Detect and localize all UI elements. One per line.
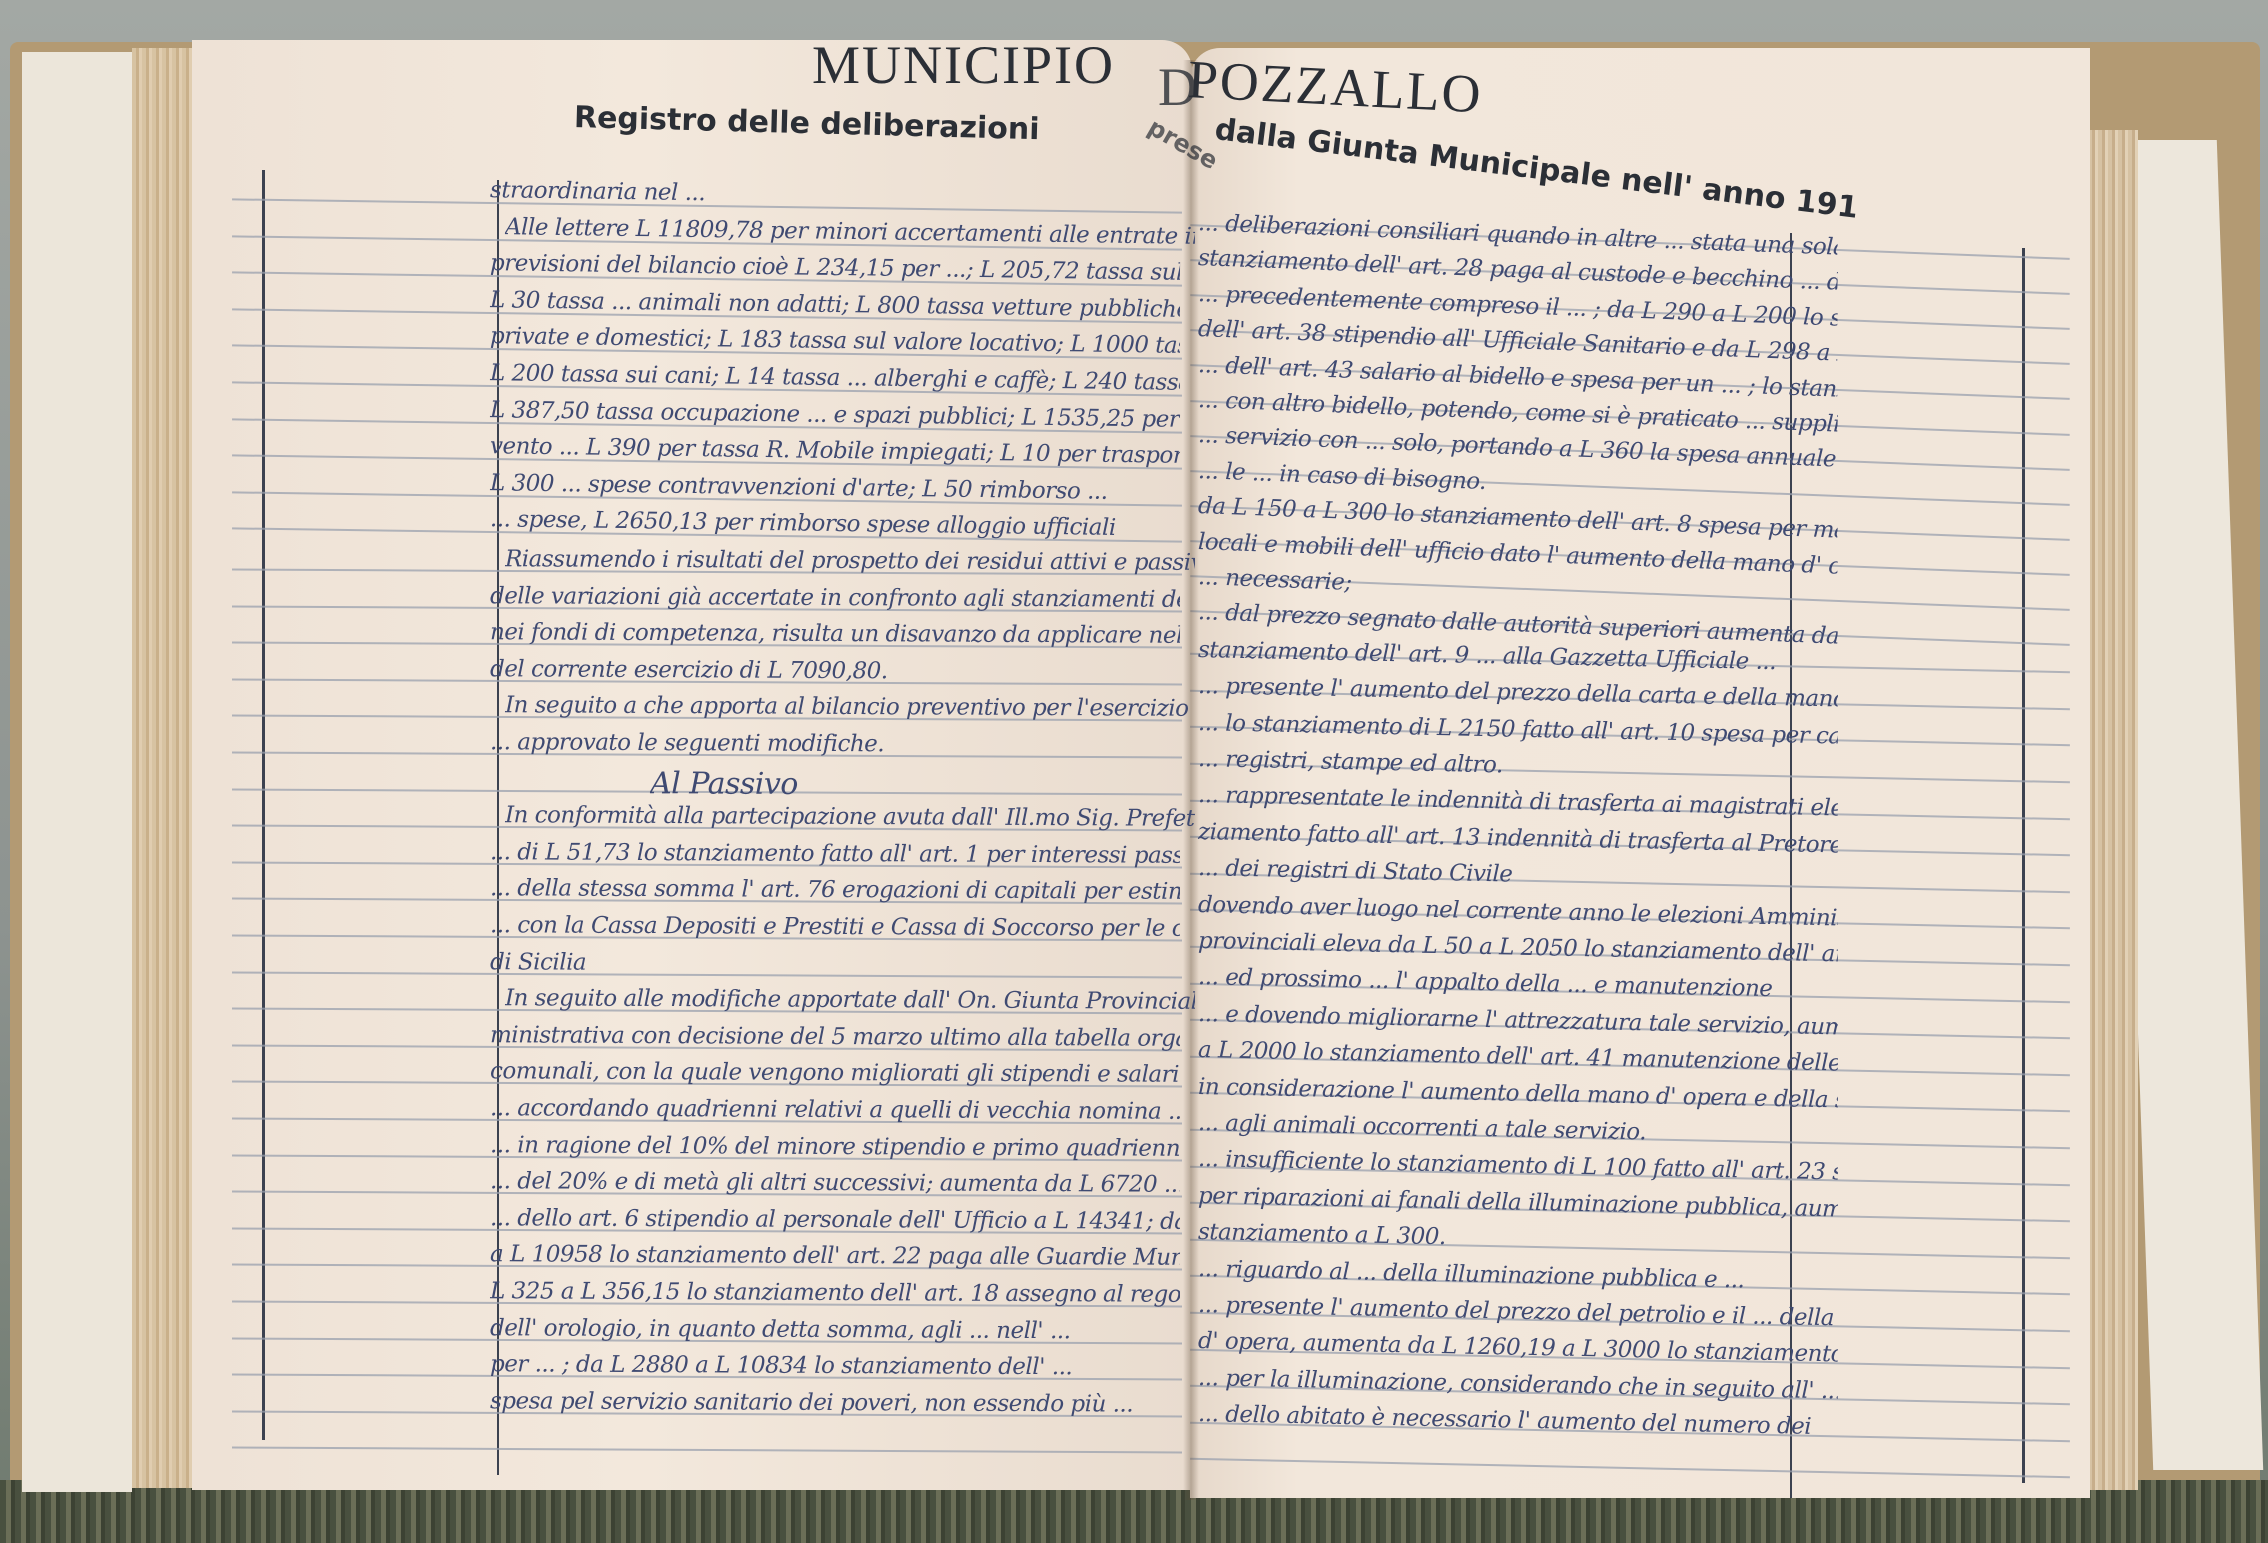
handwritten-line-left: dell' orologio, in quanto detta somma, a… <box>490 1315 1180 1345</box>
handwritten-line-left: ministrativa con decisione del 5 marzo u… <box>490 1022 1180 1052</box>
handwritten-line-left: ... del 20% e di metà gli altri successi… <box>490 1168 1180 1198</box>
left-endpaper <box>22 52 132 1492</box>
handwritten-line-left: ... in ragione del 10% del minore stipen… <box>490 1132 1180 1162</box>
handwritten-line-left: di Sicilia <box>490 949 1180 979</box>
handwritten-line-left: In seguito alle modifiche apportate dall… <box>505 985 1195 1015</box>
handwritten-line-left: In conformità alla partecipazione avuta … <box>505 802 1195 832</box>
handwritten-line-left: nei fondi di competenza, risulta un disa… <box>490 619 1180 649</box>
handwritten-line-left: ... dello art. 6 stipendio al personale … <box>490 1205 1180 1235</box>
left-page-edges <box>132 48 194 1488</box>
handwritten-line-left: del corrente esercizio di L 7090,80. <box>490 656 1180 686</box>
handwritten-line-left: ... con la Cassa Depositi e Prestiti e C… <box>490 912 1180 942</box>
handwritten-line-left: ... accordando quadrienni relativi a que… <box>490 1095 1180 1125</box>
handwritten-line-left: In seguito a che apporta al bilancio pre… <box>505 693 1195 723</box>
handwritten-line-left: per ... ; da L 2880 a L 10834 lo stanzia… <box>490 1351 1180 1381</box>
handwritten-line-left: delle variazioni già accertate in confro… <box>490 583 1180 613</box>
left-outer-margin-line <box>262 170 265 1440</box>
handwritten-line-left: spesa pel servizio sanitario dei poveri,… <box>490 1388 1180 1418</box>
header-title-left: MUNICIPIO <box>812 34 1115 96</box>
ruled-line <box>232 1447 1182 1454</box>
handwritten-line-left: ... di L 51,73 lo stanziamento fatto all… <box>490 839 1180 869</box>
handwritten-line-left: ... della stessa somma l' art. 76 erogaz… <box>490 876 1180 906</box>
handwritten-line-left: L 325 a L 356,15 lo stanziamento dell' a… <box>490 1278 1180 1308</box>
handwritten-line-left: Riassumendo i risultati del prospetto de… <box>505 546 1195 576</box>
ruled-line <box>1190 1458 2070 1478</box>
handwritten-line-left: ... approvato le seguenti modifiche. <box>490 729 1180 759</box>
handwritten-line-left: a L 10958 lo stanziamento dell' art. 22 … <box>490 1242 1180 1272</box>
handwritten-line-left: comunali, con la quale vengono migliorat… <box>490 1059 1180 1089</box>
